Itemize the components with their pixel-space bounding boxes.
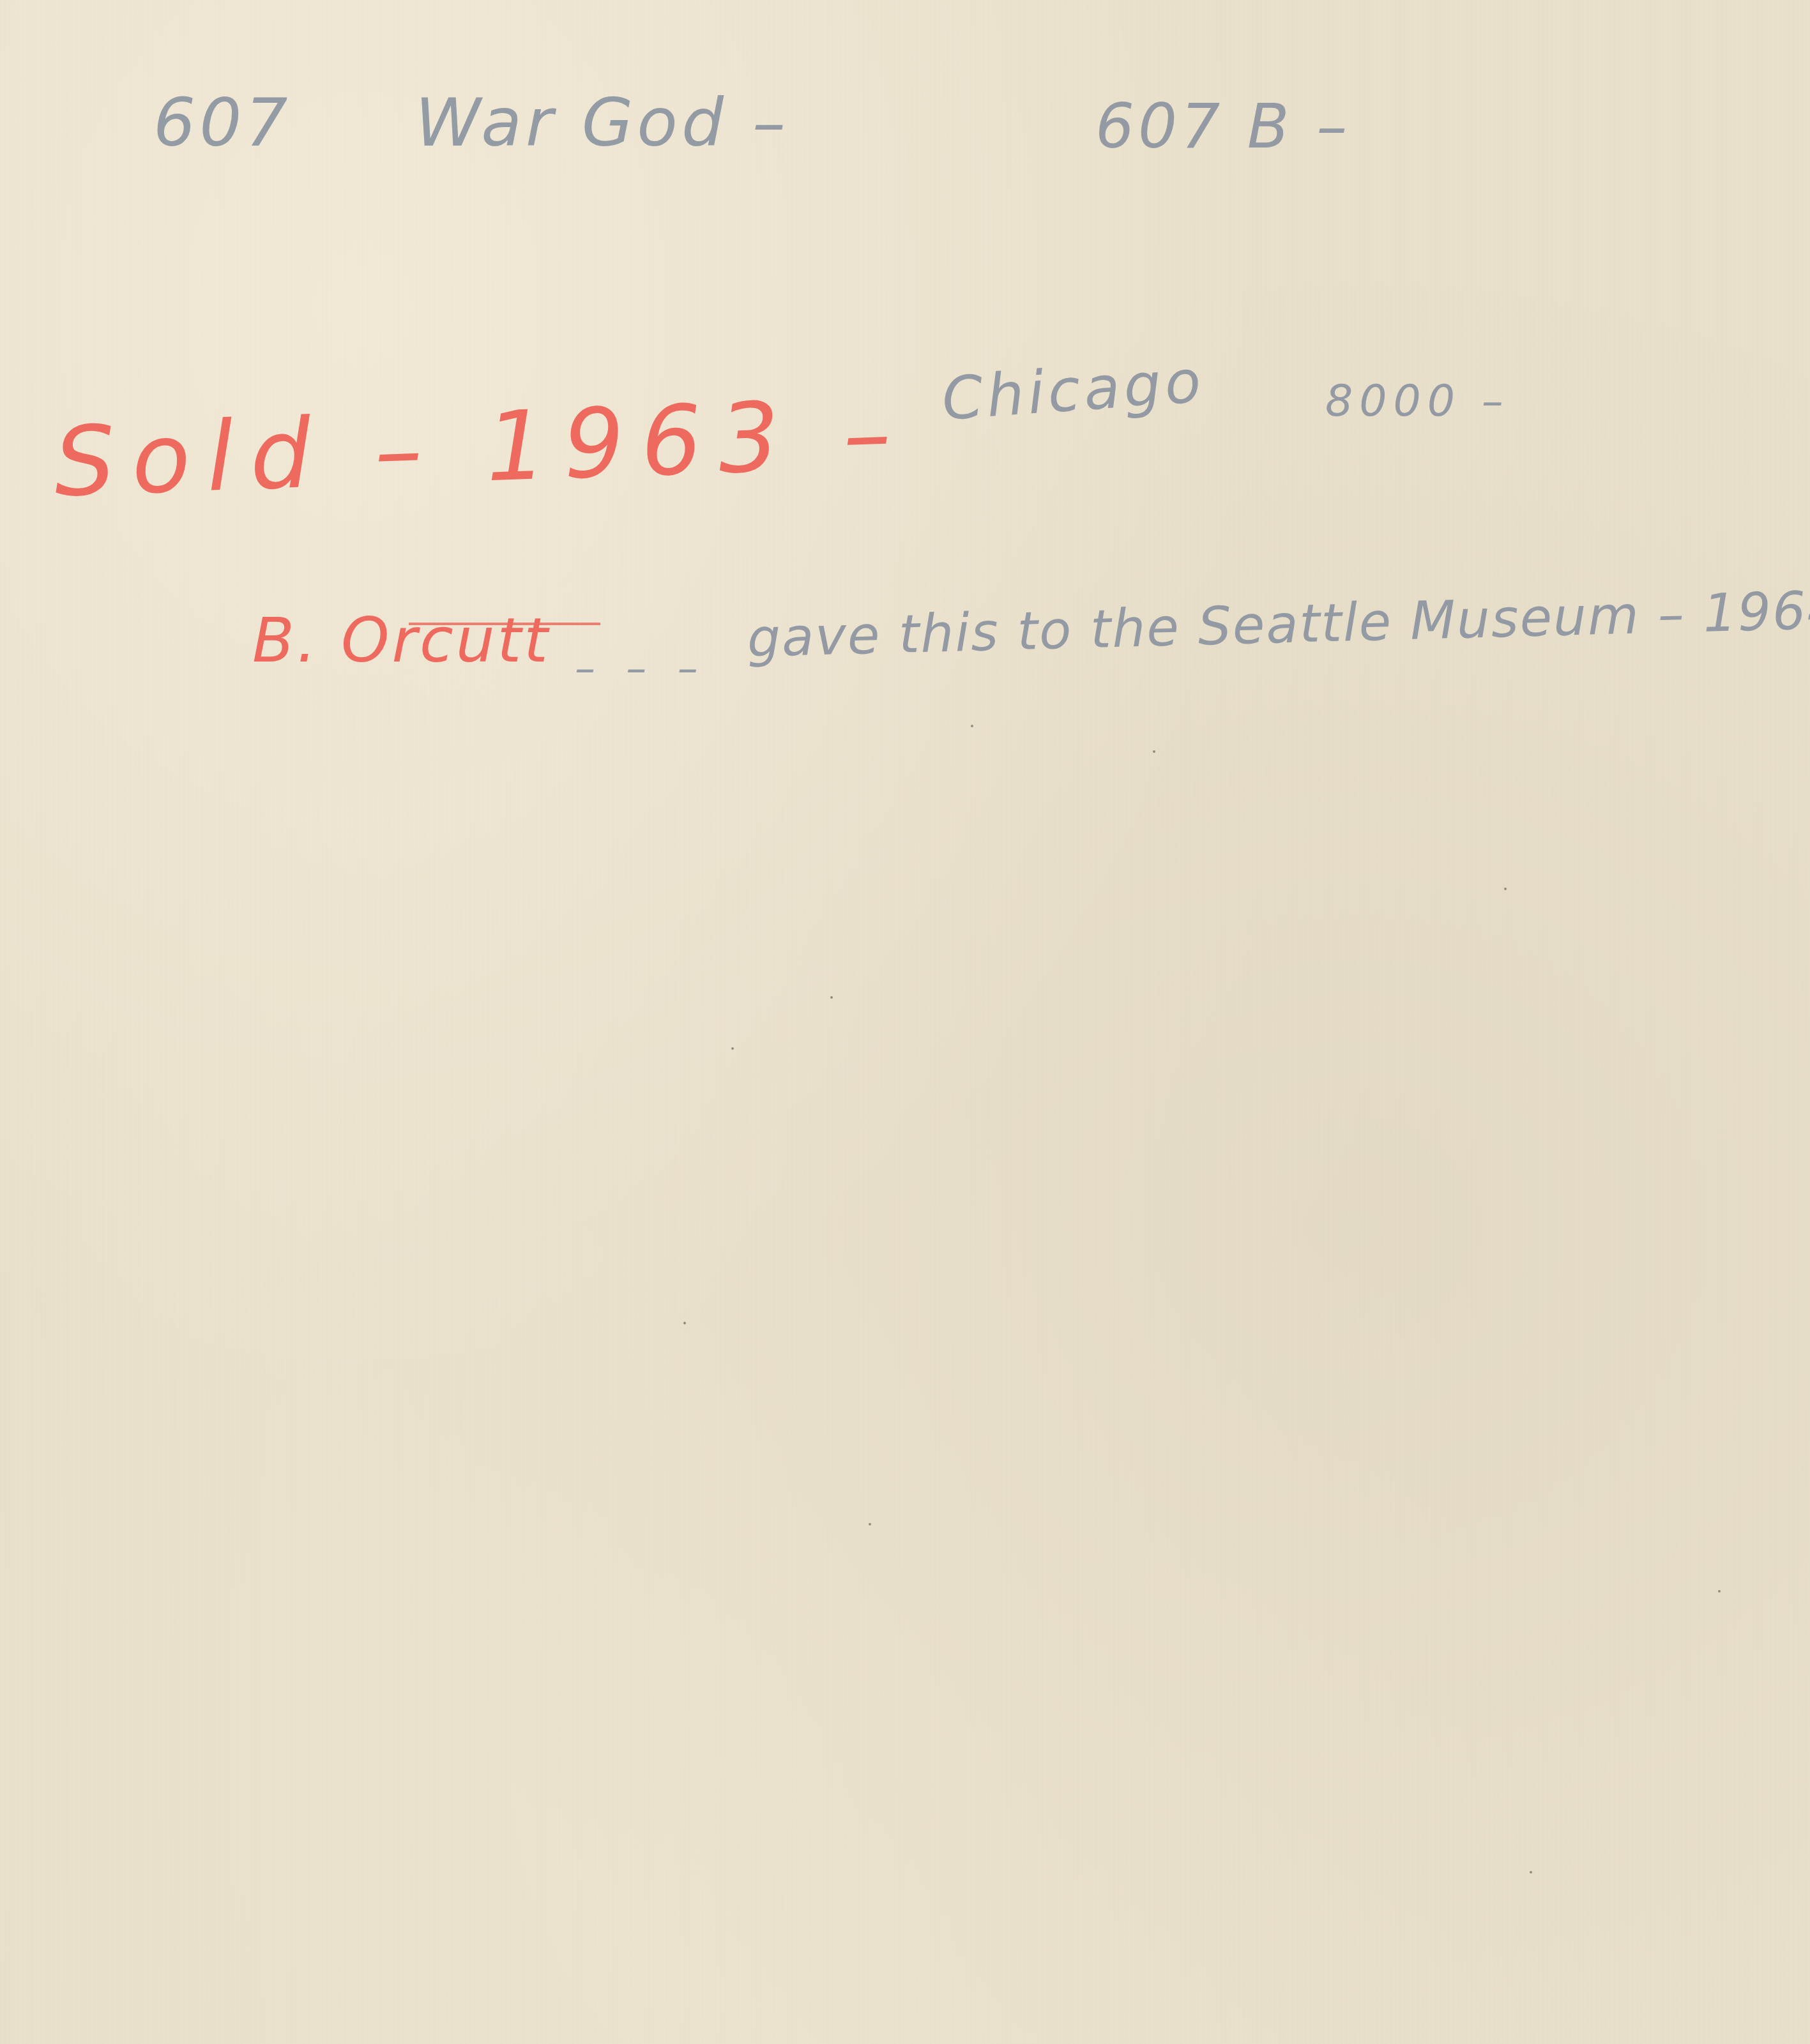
dash-leader: – – – <box>575 648 707 689</box>
provenance-note: gave this to the Seattle Museum – 1964 <box>747 584 1810 665</box>
place-note: Chicago <box>940 352 1206 428</box>
paper-speck <box>830 996 833 999</box>
lot-number-b: 607 B – <box>1095 96 1351 157</box>
paper-speck <box>971 725 973 727</box>
buyer-underline <box>409 623 600 625</box>
record-card: 607 War God – 607 B – Chicago 8000 – Sol… <box>0 0 1810 2044</box>
buyer-name: B. Orcutt <box>252 610 551 671</box>
paper-speck <box>1530 1871 1532 1874</box>
paper-speck <box>869 1523 871 1525</box>
paper-speck <box>1504 888 1507 890</box>
paper-speck <box>1153 750 1155 753</box>
lot-number: 607 <box>153 89 292 156</box>
paper-speck <box>683 1322 686 1324</box>
sold-note: Sold – 1963 – <box>52 385 909 511</box>
object-title: War God – <box>415 89 789 156</box>
price-note: 8000 – <box>1325 380 1510 423</box>
paper-speck <box>1718 1590 1721 1593</box>
paper-speck <box>731 1047 734 1050</box>
